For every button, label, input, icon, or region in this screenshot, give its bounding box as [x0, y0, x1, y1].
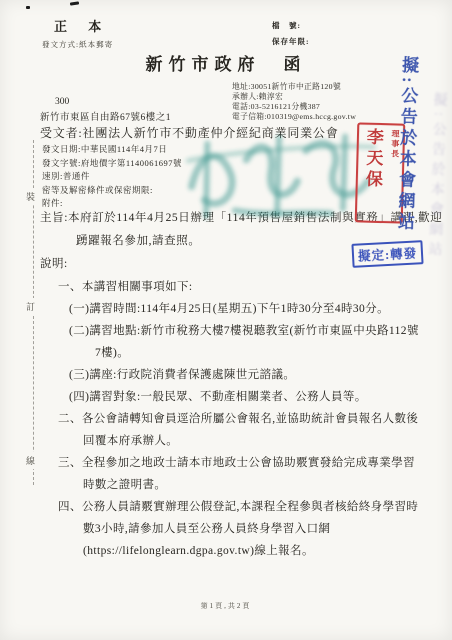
- binding-mark-xian: 線: [26, 452, 35, 469]
- security-class: 密等及解密條件或保密期限:: [42, 184, 182, 198]
- recipient-zip: 300: [55, 97, 69, 107]
- item-text: 本講習相關事項如下:: [82, 281, 193, 293]
- item-marker: 一、: [58, 281, 82, 293]
- list-item: 三、全程參加之地政士請本市地政士公會協助覈實發給完成專業學習時數之證明書。: [40, 452, 424, 496]
- description-label: 說明:: [40, 255, 68, 271]
- list-item: (二)講習地點:新竹市稅務大樓7樓視聽教室(新竹市東區中央路112號7樓)。: [40, 320, 424, 364]
- item-text: 講座:行政院消費者保護處陳世元諮議。: [89, 369, 295, 381]
- description-items: 一、本講習相關事項如下: (一)講習時間:114年4月25日(星期五)下午1時3…: [40, 276, 424, 562]
- delivery-method: 發文方式:紙本郵寄: [42, 39, 113, 50]
- item-text: 講習地點:新竹市稅務大樓7樓視聽教室(新竹市東區中央路112號7樓)。: [89, 325, 419, 359]
- issue-date: 發文日期:中華民國114年4月7日: [42, 143, 182, 157]
- speed-class: 速別:普通件: [42, 170, 182, 184]
- document-number: 發文字號:府地價字第1140061697號: [42, 157, 182, 171]
- item-marker: 二、: [58, 413, 82, 425]
- file-number-label: 檔 號:: [272, 20, 301, 31]
- sender-email: 電子信箱:010319@ems.hccg.gov.tw: [232, 112, 356, 122]
- approval-stamp: 擬定:轉發: [351, 240, 423, 268]
- sender-contact-person: 承辦人:賴淳宏: [232, 92, 356, 102]
- scan-artifact: [26, 6, 30, 9]
- list-item: 二、各公會請轉知會員逕洽所屬公會報名,並協助統計會員報名人數後回覆本府承辦人。: [40, 408, 424, 452]
- scanned-official-letter: 正 本 發文方式:紙本郵寄 檔 號: 保存年限: 新竹市政府 函 地址:3005…: [0, 0, 452, 640]
- recipient-mailing-address: 新竹市東區自由路67號6樓之1: [40, 109, 171, 123]
- item-marker: (三): [69, 369, 89, 381]
- list-item: (三)講座:行政院消費者保護處陳世元諮議。: [40, 364, 424, 386]
- item-marker: 四、: [58, 501, 82, 513]
- item-text: 各公會請轉知會員逕洽所屬公會報名,並協助統計會員報名人數後回覆本府承辦人。: [82, 413, 418, 447]
- item-marker: (四): [69, 391, 89, 403]
- item-text: 公務人員請覈實辦理公假登記,本課程全程參與者核給終身學習時數3小時,請參加人員至…: [82, 501, 418, 557]
- item-marker: (二): [69, 325, 89, 337]
- list-item: 一、本講習相關事項如下:: [40, 276, 424, 298]
- item-text: 講習對象:一般民眾、不動產相關業者、公務人員等。: [89, 391, 366, 403]
- document-title: 新竹市政府 函: [0, 50, 452, 75]
- page-number: 第1頁,共2頁: [0, 601, 452, 611]
- sender-address: 地址:30051新竹市中正路120號: [232, 82, 356, 92]
- binding-mark-zhuang: 裝: [26, 188, 35, 205]
- item-marker: 三、: [58, 457, 82, 469]
- item-text: 講習時間:114年4月25日(星期五)下午1時30分至4時30分。: [89, 303, 389, 315]
- item-marker: (一): [69, 303, 89, 315]
- chairman-seal-name: 李天保: [359, 127, 386, 218]
- subject-label: 主旨:: [40, 212, 68, 224]
- sender-phone: 電話:03-5216121分機387: [232, 102, 356, 112]
- list-item: (四)講習對象:一般民眾、不動產相關業者、公務人員等。: [40, 386, 424, 408]
- list-item: (一)講習時間:114年4月25日(星期五)下午1時30分至4時30分。: [40, 298, 424, 320]
- retention-period-label: 保存年限:: [272, 36, 310, 47]
- binding-mark-ding: 訂: [26, 298, 35, 315]
- sender-contact-block: 地址:30051新竹市中正路120號 承辦人:賴淳宏 電話:03-5216121…: [232, 82, 356, 122]
- copy-type-label: 正 本: [54, 16, 110, 35]
- scan-artifact: [70, 1, 79, 5]
- list-item: 四、公務人員請覈實辦理公假登記,本課程全程參與者核給終身學習時數3小時,請參加人…: [40, 496, 424, 562]
- document-meta-block: 發文日期:中華民國114年4月7日 發文字號:府地價字第1140061697號 …: [42, 143, 182, 211]
- item-text: 全程參加之地政士請本市地政士公會協助覈實發給完成專業學習時數之證明書。: [82, 457, 415, 491]
